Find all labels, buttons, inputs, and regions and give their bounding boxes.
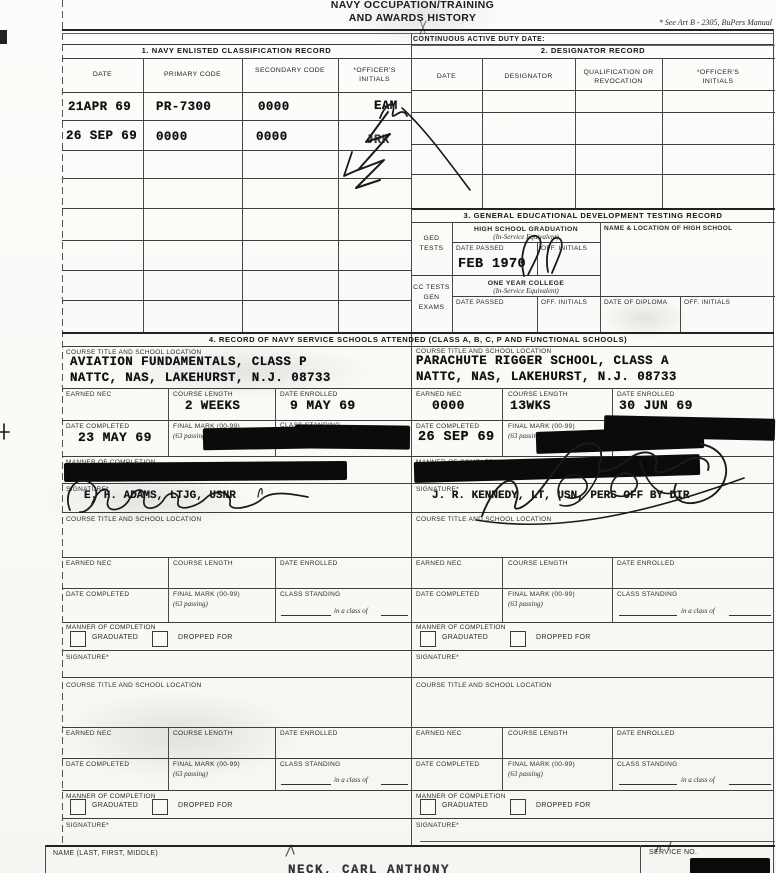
school1-course-line1: AVIATION FUNDAMENTALS, CLASS P (70, 355, 307, 369)
grid-line (62, 120, 411, 121)
passing-note: (63 passing) (173, 600, 208, 608)
grid-line (62, 650, 774, 651)
date-completed-label: DATE COMPLETED (66, 591, 129, 599)
course-length-label: COURSE LENGTH (508, 560, 568, 568)
grid-line (62, 677, 774, 678)
school1-signature-typed: E. H. ADAMS, LTJG, USNR (84, 490, 236, 502)
in-a-class-of-note: in a class of (681, 776, 715, 784)
graduated-label: GRADUATED (92, 802, 138, 811)
blank-line (381, 784, 408, 785)
signature-label: SIGNATURE* (66, 654, 109, 662)
grid-line (411, 275, 600, 276)
grid-line (411, 174, 775, 175)
earned-nec-label: EARNED NEC (416, 560, 462, 568)
graduated-label: GRADUATED (442, 634, 488, 643)
grid-line (502, 727, 503, 790)
nec-row-officer-initials: EAM (374, 99, 398, 113)
grid-line (62, 270, 411, 271)
date-enrolled-label: DATE ENROLLED (617, 560, 675, 568)
blank-line (281, 784, 331, 785)
dropped-for-label: DROPPED FOR (536, 634, 591, 643)
final-mark-label: FINAL MARK (00-99) (508, 761, 575, 769)
officer-initials-scribble (344, 152, 362, 176)
school1-date-completed: 23 MAY 69 (78, 430, 152, 445)
course-title-label: COURSE TITLE AND SCHOOL LOCATION (66, 516, 202, 524)
graduated-checkbox (70, 799, 86, 815)
course-length-label: COURSE LENGTH (508, 730, 568, 738)
service-no-redaction (690, 858, 770, 873)
in-a-class-of-note: in a class of (681, 607, 715, 615)
name-label: NAME (LAST, FIRST, MIDDLE) (53, 850, 158, 859)
header-rule-bottom (62, 33, 774, 34)
service-no-label: SERVICE NO. (649, 849, 697, 858)
grid-line (168, 727, 169, 790)
dropped-for-label: DROPPED FOR (178, 802, 233, 811)
school2-course-line1: PARACHUTE RIGGER SCHOOL, CLASS A (416, 354, 669, 368)
signature-label: SIGNATURE* (66, 822, 109, 830)
grid-line (275, 727, 276, 790)
date-passed-label: DATE PASSED (456, 299, 504, 307)
grid-line (168, 557, 169, 622)
section2-col-designator: DESIGNATOR (482, 72, 575, 81)
grid-line (62, 332, 774, 334)
blank-line (619, 615, 677, 616)
scan-mark (0, 30, 7, 44)
grid-line (338, 58, 339, 332)
earned-nec-label: EARNED NEC (66, 391, 112, 399)
date-enrolled-label: DATE ENROLLED (280, 560, 338, 568)
date-enrolled-label: DATE ENROLLED (280, 730, 338, 738)
grid-line (502, 388, 503, 456)
final-mark-label: FINAL MARK (00-99) (508, 591, 575, 599)
nec-row-secondary-code: 0000 (258, 100, 290, 114)
grid-line (411, 112, 775, 113)
school1-course-length: 2 WEEKS (185, 399, 240, 413)
date-completed-label: DATE COMPLETED (416, 761, 479, 769)
grid-line (62, 208, 411, 209)
grid-line (62, 178, 411, 179)
section2-title: 2. DESIGNATOR RECORD (411, 46, 775, 55)
grid-line (62, 346, 774, 347)
nec-row-date: 21APR 69 (68, 100, 131, 114)
date-of-diploma-label: DATE OF DIPLOMA (604, 299, 667, 307)
school2-course-line2: NATTC, NAS, LAKEHURST, N.J. 08733 (416, 370, 677, 384)
earned-nec-label: EARNED NEC (416, 730, 462, 738)
continuous-active-duty-label: CONTINUOUS ACTIVE DUTY DATE: (413, 36, 545, 43)
graduated-label: GRADUATED (92, 634, 138, 643)
school1-date-enrolled: 9 MAY 69 (290, 398, 356, 413)
final-mark-label: FINAL MARK (00-99) (173, 761, 240, 769)
grid-line (62, 300, 411, 301)
grid-line (62, 92, 411, 93)
blank-line (729, 615, 771, 616)
grid-line (612, 557, 613, 622)
graduated-label: GRADUATED (442, 802, 488, 811)
grid-line (575, 58, 576, 208)
grid-line (45, 845, 775, 847)
form-left-border (62, 0, 63, 845)
course-length-label: COURSE LENGTH (173, 560, 233, 568)
date-enrolled-label: DATE ENROLLED (617, 730, 675, 738)
signature-label: SIGNATURE* (416, 654, 459, 662)
section1-col-primary: PRIMARY CODE (143, 70, 242, 79)
pen-stroke (402, 108, 470, 190)
scanned-navy-form-page: NAVY OCCUPATION/TRAINING AND AWARDS HIST… (0, 0, 776, 873)
grid-line (62, 790, 774, 791)
name-location-high-school-label: NAME & LOCATION OF HIGH SCHOOL (604, 225, 732, 233)
section3-title: 3. GENERAL EDUCATIONAL DEVELOPMENT TESTI… (411, 211, 775, 220)
grid-line (62, 818, 774, 819)
nec-row-date: 26 SEP 69 (66, 129, 137, 143)
earned-nec-label: EARNED NEC (66, 730, 112, 738)
grid-line (62, 58, 411, 59)
dropped-for-checkbox (510, 799, 526, 815)
nec-row-officer-initials: JRK (366, 133, 390, 147)
form-right-border (773, 29, 774, 873)
grid-line (612, 727, 613, 790)
grid-line (62, 240, 411, 241)
blank-line (281, 615, 331, 616)
passing-note: (63 passing) (508, 770, 543, 778)
dropped-for-label: DROPPED FOR (536, 802, 591, 811)
section4-title: 4. RECORD OF NAVY SERVICE SCHOOLS ATTEND… (62, 335, 774, 344)
school2-date-enrolled: 30 JUN 69 (619, 398, 693, 413)
hs-date-passed-value: FEB 1970 (458, 257, 526, 272)
grid-line (600, 296, 775, 297)
school2-earned-nec: 0000 (432, 398, 465, 413)
grid-line (45, 845, 46, 873)
cc-tests-label: CC TESTS GEN EXAMS (411, 283, 452, 313)
course-length-label: COURSE LENGTH (173, 391, 233, 399)
grid-line (420, 841, 775, 842)
grid-line (680, 296, 681, 332)
grid-line (242, 58, 243, 332)
class-standing-label: CLASS STANDING (617, 591, 677, 599)
grid-line (62, 483, 774, 484)
school2-date-completed: 26 SEP 69 (418, 430, 495, 445)
grid-line (600, 222, 601, 332)
course-title-label: COURSE TITLE AND SCHOOL LOCATION (416, 682, 552, 690)
grid-line (62, 512, 774, 513)
grid-line (411, 208, 775, 210)
dropped-for-checkbox (510, 631, 526, 647)
section2-col-date: DATE (411, 72, 482, 81)
class-standing-label: CLASS STANDING (617, 761, 677, 769)
grid-line (168, 388, 169, 456)
grid-line (452, 296, 600, 297)
grid-line (662, 58, 663, 208)
grid-line (275, 557, 276, 622)
grid-line (411, 58, 775, 59)
scan-mark (0, 424, 9, 439)
course-length-label: COURSE LENGTH (173, 730, 233, 738)
section2-col-initials: *OFFICER'S INITIALS (688, 68, 748, 86)
center-divider (411, 33, 412, 845)
school1-course-line2: NATTC, NAS, LAKEHURST, N.J. 08733 (70, 371, 331, 385)
class-standing-label: CLASS STANDING (280, 761, 340, 769)
ged-tests-label: GED TESTS (411, 234, 452, 254)
section1-title: 1. NAVY ENLISTED CLASSIFICATION RECORD (62, 46, 411, 55)
date-passed-label: DATE PASSED (456, 245, 504, 253)
grid-line (452, 242, 600, 243)
blank-line (729, 784, 771, 785)
form-title-line1: NAVY OCCUPATION/TRAINING (330, 0, 495, 11)
section1-col-initials: *OFFICER'S INITIALS (344, 66, 405, 84)
graduated-checkbox (420, 631, 436, 647)
grid-line (482, 58, 483, 208)
in-a-class-of-note: in a class of (334, 607, 368, 615)
off-initials-label: OFF. INITIALS (541, 245, 587, 253)
section1-col-secondary: SECONDARY CODE (252, 66, 328, 75)
grid-line (62, 150, 411, 151)
name-value: NECK, CARL ANTHONY (288, 863, 450, 873)
form-title-line2: AND AWARDS HISTORY (330, 12, 495, 24)
class-standing-redaction (295, 424, 410, 449)
graduated-checkbox (70, 631, 86, 647)
date-completed-label: DATE COMPLETED (416, 591, 479, 599)
school2-course-length: 13WKS (510, 398, 551, 413)
section2-col-qualification: QUALIFICATION OR REVOCATION (580, 68, 657, 86)
date-completed-label: DATE COMPLETED (66, 761, 129, 769)
grid-line (411, 222, 775, 223)
nec-row-secondary-code: 0000 (256, 130, 288, 144)
final-mark-label: FINAL MARK (00-99) (173, 591, 240, 599)
grid-line (537, 242, 538, 275)
manual-reference-note: * See Art B - 2305, BuPers Manual (590, 18, 772, 27)
dropped-for-checkbox (152, 799, 168, 815)
class-standing-label: CLASS STANDING (280, 591, 340, 599)
earned-nec-label: EARNED NEC (66, 560, 112, 568)
course-title-label: COURSE TITLE AND SCHOOL LOCATION (66, 682, 202, 690)
passing-note: (63 passing) (173, 770, 208, 778)
blank-line (619, 784, 677, 785)
manner-of-completion-redaction (64, 461, 347, 482)
in-a-class-of-note: in a class of (334, 776, 368, 784)
passing-note: (63 passing) (508, 600, 543, 608)
grid-line (537, 296, 538, 332)
grid-line (502, 557, 503, 622)
section1-col-date: DATE (62, 70, 143, 79)
grid-line (143, 58, 144, 332)
course-title-label: COURSE TITLE AND SCHOOL LOCATION (416, 516, 552, 524)
grid-line (411, 144, 775, 145)
off-initials-label: OFF. INITIALS (684, 299, 730, 307)
final-mark-redaction (536, 426, 705, 454)
off-initials-label: OFF. INITIALS (541, 299, 587, 307)
school2-signature-typed: J. R. KENNEDY, LT, USN, PERS OFF BY DIR (432, 490, 689, 502)
dropped-for-label: DROPPED FOR (178, 634, 233, 643)
grid-line (411, 90, 775, 91)
grid-line (640, 845, 641, 873)
nec-row-primary-code: PR-7300 (156, 100, 211, 114)
in-service-equivalent-note: (In-Service Equivalent) (452, 233, 600, 241)
in-service-equivalent-note: (In-Service Equivalent) (452, 287, 600, 295)
signature-label: SIGNATURE* (416, 822, 459, 830)
scan-mark (258, 489, 262, 497)
header-rule-top (62, 29, 774, 31)
blank-line (381, 615, 408, 616)
nec-row-primary-code: 0000 (156, 130, 188, 144)
grid-line (62, 622, 774, 623)
graduated-checkbox (420, 799, 436, 815)
dropped-for-checkbox (152, 631, 168, 647)
